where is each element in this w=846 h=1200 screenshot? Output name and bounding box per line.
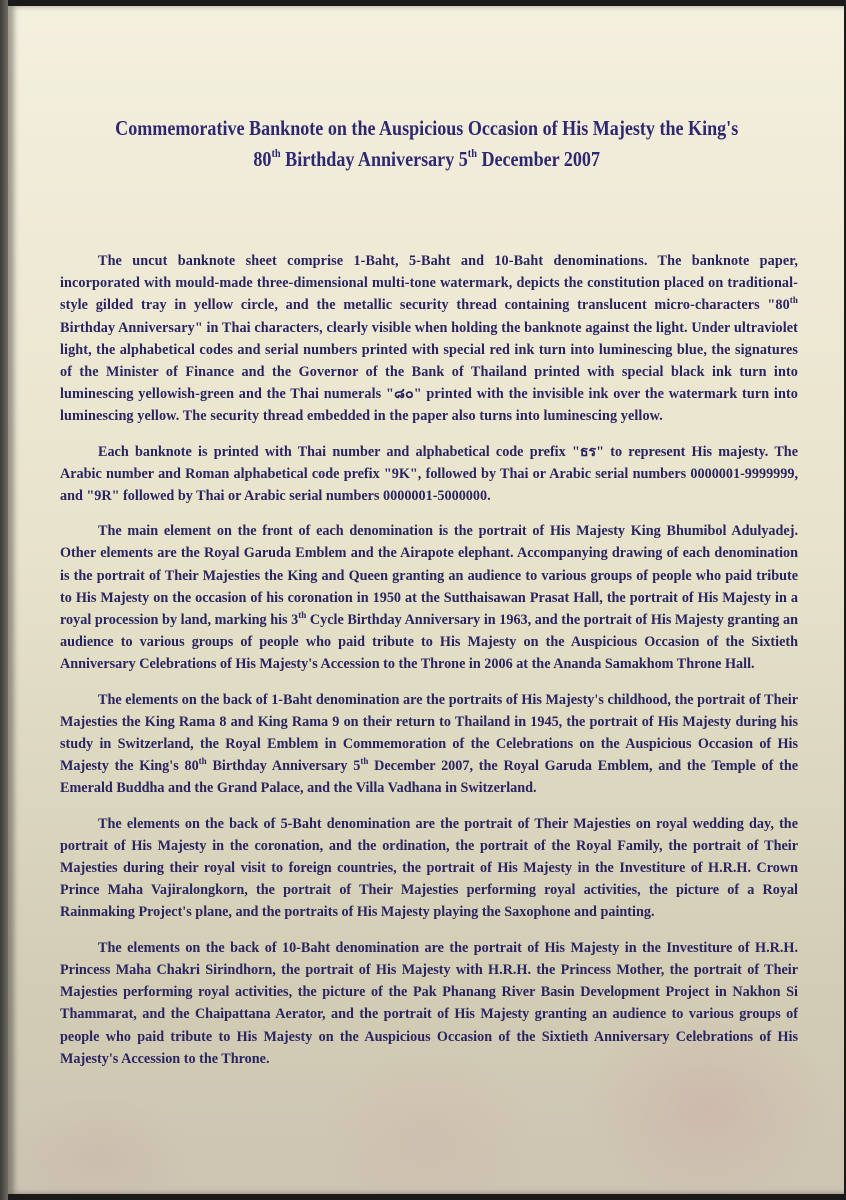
paragraph-back-10-baht: The elements on the back of 10-Baht deno… (60, 937, 798, 1070)
paragraph-serials: Each banknote is printed with Thai numbe… (60, 441, 798, 508)
paragraph-text: Birthday Anniversary" in Thai characters… (60, 320, 798, 425)
ordinal-suffix: th (199, 756, 207, 766)
title-line-1: Commemorative Banknote on the Auspicious… (67, 113, 786, 144)
paragraph-back-1-baht: The elements on the back of 1-Baht denom… (60, 689, 798, 800)
paragraph-text: Each banknote is printed with Thai numbe… (60, 444, 798, 504)
document-page: Commemorative Banknote on the Auspicious… (8, 6, 844, 1194)
document-title: Commemorative Banknote on the Auspicious… (67, 113, 786, 175)
paragraph-text: The uncut banknote sheet comprise 1-Baht… (60, 253, 798, 313)
paragraph-intro: The uncut banknote sheet comprise 1-Baht… (60, 250, 798, 428)
title-date: December 2007 (477, 147, 600, 171)
title-line-2: 80th Birthday Anniversary 5th December 2… (67, 144, 786, 175)
paragraph-text: The elements on the back of 10-Baht deno… (60, 940, 798, 1067)
title-number: 80 (253, 147, 271, 171)
paragraph-text: The elements on the back of 5-Baht denom… (60, 816, 798, 921)
title-ordinal: th (271, 146, 280, 160)
title-ordinal: th (468, 146, 477, 160)
paragraph-front: The main element on the front of each de… (60, 520, 798, 675)
document-body: The uncut banknote sheet comprise 1-Baht… (60, 250, 798, 1083)
ordinal-suffix: th (790, 295, 798, 305)
page-binding-edge (0, 0, 8, 1200)
title-text: Birthday Anniversary 5 (281, 147, 468, 171)
paragraph-back-5-baht: The elements on the back of 5-Baht denom… (60, 813, 798, 924)
paragraph-text: Birthday Anniversary 5 (207, 758, 361, 774)
